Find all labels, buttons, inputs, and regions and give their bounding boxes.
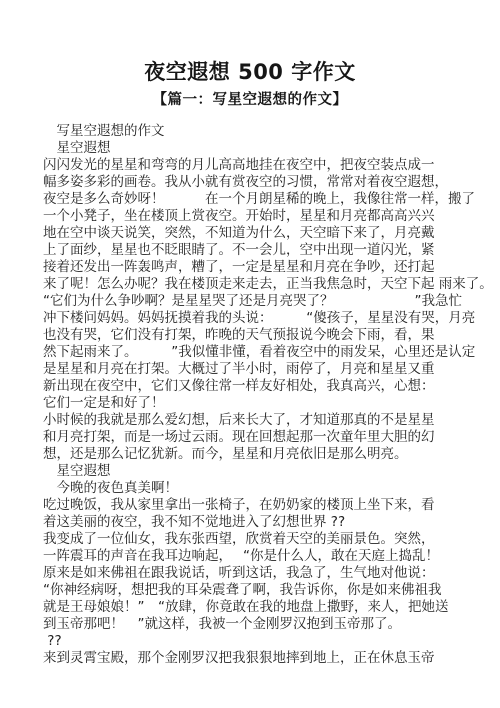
text-line: 到玉帝那吧！ ”就这样，我被一个金刚罗汉抱到玉帝那了。 — [43, 616, 484, 633]
text-line: 小时候的我就是那么爱幻想，后来长大了，才知道那真的不是星星 — [43, 412, 484, 429]
text-line: 幅多姿多彩的画卷。我从小就有赏夜空的习惯，常常对着夜空遐想， — [43, 174, 484, 191]
text-line: 地在空中谈天说笑，突然，不知道为什么，天空暗下来了，月亮戴 — [43, 225, 484, 242]
text-line: 想，还是那么记忆犹新。而今，星星和月亮依旧是那么明亮。 — [43, 446, 484, 463]
text-line: 着这美丽的夜空，我不知不觉地进入了幻想世界 ?? — [43, 514, 484, 531]
text-line: 来了呢！怎么办呢？我在楼顶走来走去，正当我焦急时，天空下起 雨来了。 — [43, 276, 484, 293]
text-line: 一个小凳子，坐在楼顶上赏夜空。开始时，星星和月亮都高高兴兴 — [43, 208, 484, 225]
text-line: 接着还发出一阵轰鸣声，糟了，一定是星星和月亮在争吵，还打起 — [43, 259, 484, 276]
text-line: 冲下楼问妈妈。妈妈抚摸着我的头说： “傻孩子，星星没有哭，月亮 — [43, 310, 484, 327]
text-line: 是星星和月亮在打架。大概过了半小时，雨停了，月亮和星星又重 — [43, 361, 484, 378]
text-line: 和月亮打架，而是一场过云雨。现在回想起那一次童年里大胆的幻 — [43, 429, 484, 446]
text-line: 吃过晚饭，我从家里拿出一张椅子，在奶奶家的楼顶上坐下来，看 — [43, 497, 484, 514]
text-line: ?? — [43, 633, 484, 650]
document-title: 夜空遐想 500 字作文 — [0, 0, 500, 87]
text-line: 一阵震耳的声音在我耳边响起， “你是什么人，敢在天庭上捣乱！ — [43, 548, 484, 565]
text-line: 星空遐想 — [43, 140, 484, 157]
text-line: 新出现在夜空中，它们又像往常一样友好相处，我真高兴，心想： — [43, 378, 484, 395]
text-line: 也没有哭，它们没有打架，昨晚的天气预报说今晚会下雨，看，果 — [43, 327, 484, 344]
text-line: 就是王母娘娘！” “放肆，你竟敢在我的地盘上撒野，来人，把她送 — [43, 599, 484, 616]
text-line: 夜空是多么奇妙呀！ 在一个月朗星稀的晚上，我像往常一样，搬了 — [43, 191, 484, 208]
text-line: 闪闪发光的星星和弯弯的月儿高高地挂在夜空中，把夜空装点成一 — [43, 157, 484, 174]
text-line: 上了面纱，星星也不眨眼睛了。不一会儿，空中出现一道闪光，紧 — [43, 242, 484, 259]
document-body: 写星空遐想的作文 星空遐想 闪闪发光的星星和弯弯的月儿高高地挂在夜空中，把夜空装… — [0, 123, 500, 667]
text-line: 然下起雨来了。 ”我似懂非懂，看着夜空中的雨发呆，心里还是认定 — [43, 344, 484, 361]
text-line: 来到灵霄宝殿，那个金刚罗汉把我狠狠地摔到地上，正在休息玉帝 — [43, 650, 484, 667]
text-line: 它们一定是和好了！ — [43, 395, 484, 412]
text-line: 今晚的夜色真美啊！ — [43, 480, 484, 497]
text-line: 星空遐想 — [43, 463, 484, 480]
document-subtitle: 【篇一：写星空遐想的作文】 — [0, 90, 500, 110]
document-page: 夜空遐想 500 字作文 【篇一：写星空遐想的作文】 写星空遐想的作文 星空遐想… — [0, 0, 500, 708]
text-line: “你神经病呀，想把我的耳朵震聋了啊，我告诉你，你是如来佛祖我 — [43, 582, 484, 599]
text-line: 写星空遐想的作文 — [43, 123, 484, 140]
text-line: “它们为什么争吵啊？是星星哭了还是月亮哭了？ ”我急忙 — [43, 293, 484, 310]
text-line: 原来是如来佛祖在跟我说话，听到这话，我急了，生气地对他说： — [43, 565, 484, 582]
text-line: 我变成了一位仙女，我东张西望，欣赏着天空的美丽景色。突然， — [43, 531, 484, 548]
